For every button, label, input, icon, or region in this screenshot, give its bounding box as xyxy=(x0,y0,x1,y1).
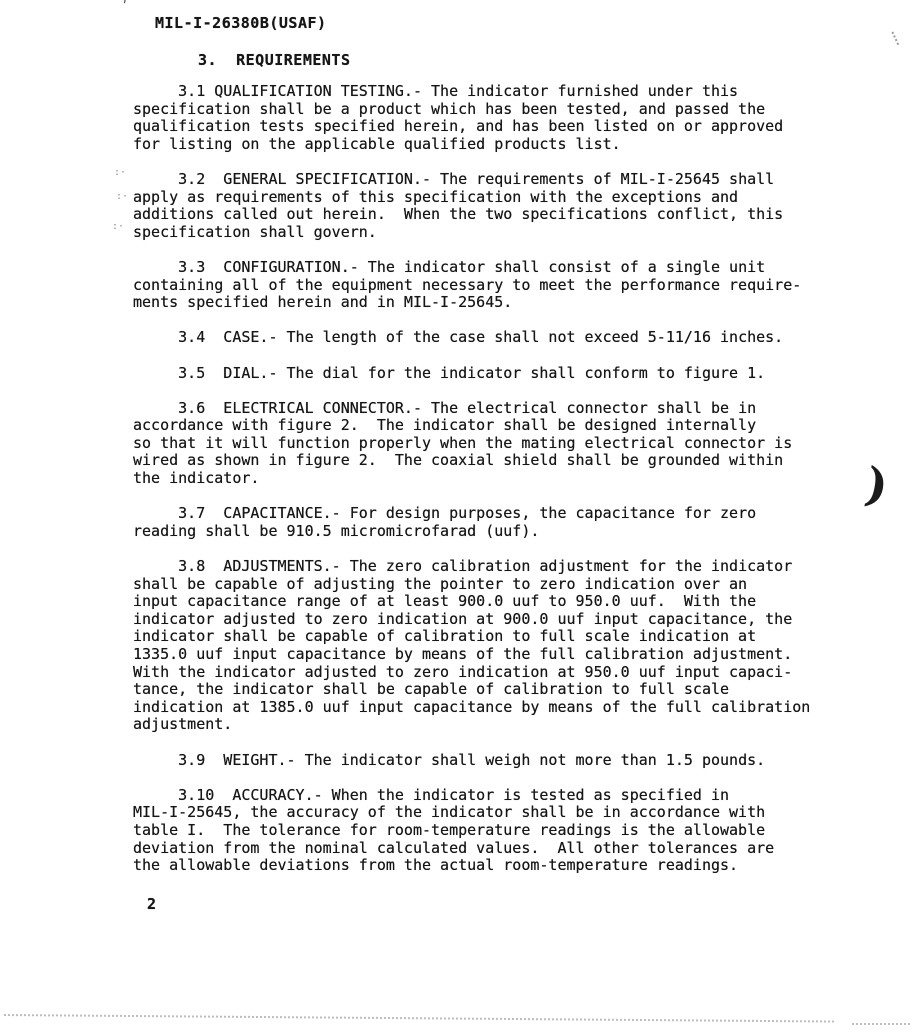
paragraph-3-5: 3.5 DIAL.- The dial for the indicator sh… xyxy=(133,365,873,383)
scan-artifact-smudge: :· xyxy=(114,168,126,178)
paragraph-3-3: 3.3 CONFIGURATION.- The indicator shall … xyxy=(133,259,873,312)
scan-artifact-smudge: :· xyxy=(112,222,124,232)
paragraph-3-8: 3.8 ADJUSTMENTS.- The zero calibration a… xyxy=(133,558,873,734)
document-page: MIL-I-26380B(USAF) 3. REQUIREMENTS 3.1 Q… xyxy=(0,0,913,1032)
paragraph-3-4: 3.4 CASE.- The length of the case shall … xyxy=(133,329,873,347)
paragraph-3-10: 3.10 ACCURACY.- When the indicator is te… xyxy=(133,787,873,875)
doc-number: MIL-I-26380B(USAF) xyxy=(155,14,327,32)
paragraph-3-9: 3.9 WEIGHT.- The indicator shall weigh n… xyxy=(133,752,873,770)
paragraph-3-1: 3.1 QUALIFICATION TESTING.- The indicato… xyxy=(133,83,873,153)
scan-artifact-corner-smudge xyxy=(891,29,904,45)
scan-artifact-tick: ' xyxy=(119,0,130,14)
paragraph-3-2: 3.2 GENERAL SPECIFICATION.- The requirem… xyxy=(133,171,873,241)
scan-dotted-line-right xyxy=(852,1023,910,1025)
page-number: 2 xyxy=(147,895,156,913)
document-body: 3.1 QUALIFICATION TESTING.- The indicato… xyxy=(133,83,873,892)
scan-artifact-smudge: :· xyxy=(116,192,128,202)
scan-dotted-line xyxy=(4,1014,834,1023)
section-heading: 3. REQUIREMENTS xyxy=(198,51,351,69)
paragraph-3-7: 3.7 CAPACITANCE.- For design purposes, t… xyxy=(133,505,873,540)
paragraph-3-6: 3.6 ELECTRICAL CONNECTOR.- The electrica… xyxy=(133,400,873,488)
